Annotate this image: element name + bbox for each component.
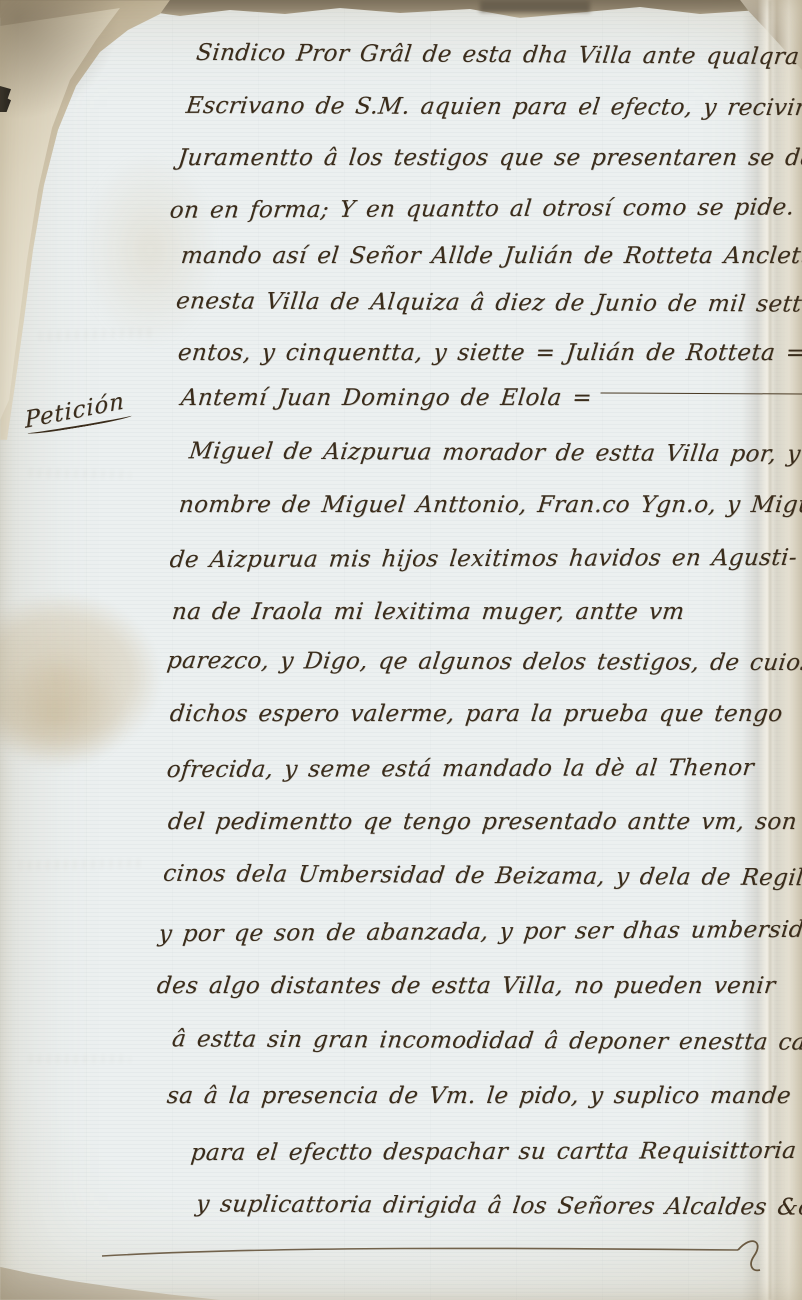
- ink-bleedthrough: [30, 469, 130, 479]
- handwritten-line: on en forma; Y en quantto al otrosí como…: [169, 194, 802, 223]
- handwritten-line: de Aizpurua mis hijos lexitimos havidos …: [169, 545, 799, 573]
- handwritten-line: â estta sin gran incomodidad â deponer e…: [171, 1026, 802, 1055]
- handwritten-line: Miguel de Aizpurua morador de estta Vill…: [188, 438, 802, 467]
- handwritten-line: para el efectto despachar su cartta Requ…: [190, 1138, 798, 1166]
- handwritten-line: del pedimentto qe tengo presentado antte…: [167, 809, 802, 835]
- handwritten-line: Sindico Pror Grâl de esta dha Villa ante…: [195, 40, 801, 70]
- handwritten-line: cinos dela Umbersidad de Beizama, y dela…: [162, 861, 802, 891]
- ink-bleedthrough: [20, 859, 140, 870]
- dark-edge-patch: [480, 0, 590, 12]
- tear-shadow: [0, 0, 120, 120]
- handwritten-line: mando así el Señor Allde Julián de Rotte…: [180, 243, 802, 269]
- margin-note-peticion: Petición: [24, 388, 125, 434]
- handwritten-line: na de Iraola mi lexitima muger, antte vm: [171, 599, 686, 625]
- flourish-line: [98, 1234, 798, 1274]
- manuscript-scan: Petición Sindico Pror Grâl de esta dha V…: [0, 0, 802, 1300]
- handwritten-line: y suplicattoria dirigida â los Señores A…: [195, 1191, 802, 1220]
- handwritten-line: nombre de Miguel Anttonio, Fran.co Ygn.o…: [178, 492, 802, 518]
- handwritten-line: entos, y cinquentta, y siette = Julián d…: [177, 340, 802, 366]
- handwritten-line: dichos espero valerme, para la prueba qu…: [169, 701, 784, 727]
- handwritten-line: y por qe son de abanzada, y por ser dhas…: [157, 917, 802, 948]
- handwritten-line: des algo distantes de estta Villa, no pu…: [156, 973, 777, 999]
- handwritten-line: parezco, y Digo, qe algunos delos testig…: [165, 648, 802, 676]
- handwritten-line: Escrivano de S.M. aquien para el efecto,…: [184, 93, 802, 121]
- handwritten-line: ofrecida, y seme está mandado la dè al T…: [166, 755, 756, 783]
- handwritten-line: Juramentto â los testigos que se present…: [177, 145, 802, 171]
- handwritten-line: sa â la presencia de Vm. le pido, y supl…: [166, 1083, 793, 1109]
- handwritten-line-with-rule: Antemí Juan Domingo de Elola =: [180, 385, 802, 411]
- handwritten-line: enesta Villa de Alquiza â diez de Junio …: [175, 288, 802, 317]
- ink-bleedthrough: [30, 1055, 130, 1063]
